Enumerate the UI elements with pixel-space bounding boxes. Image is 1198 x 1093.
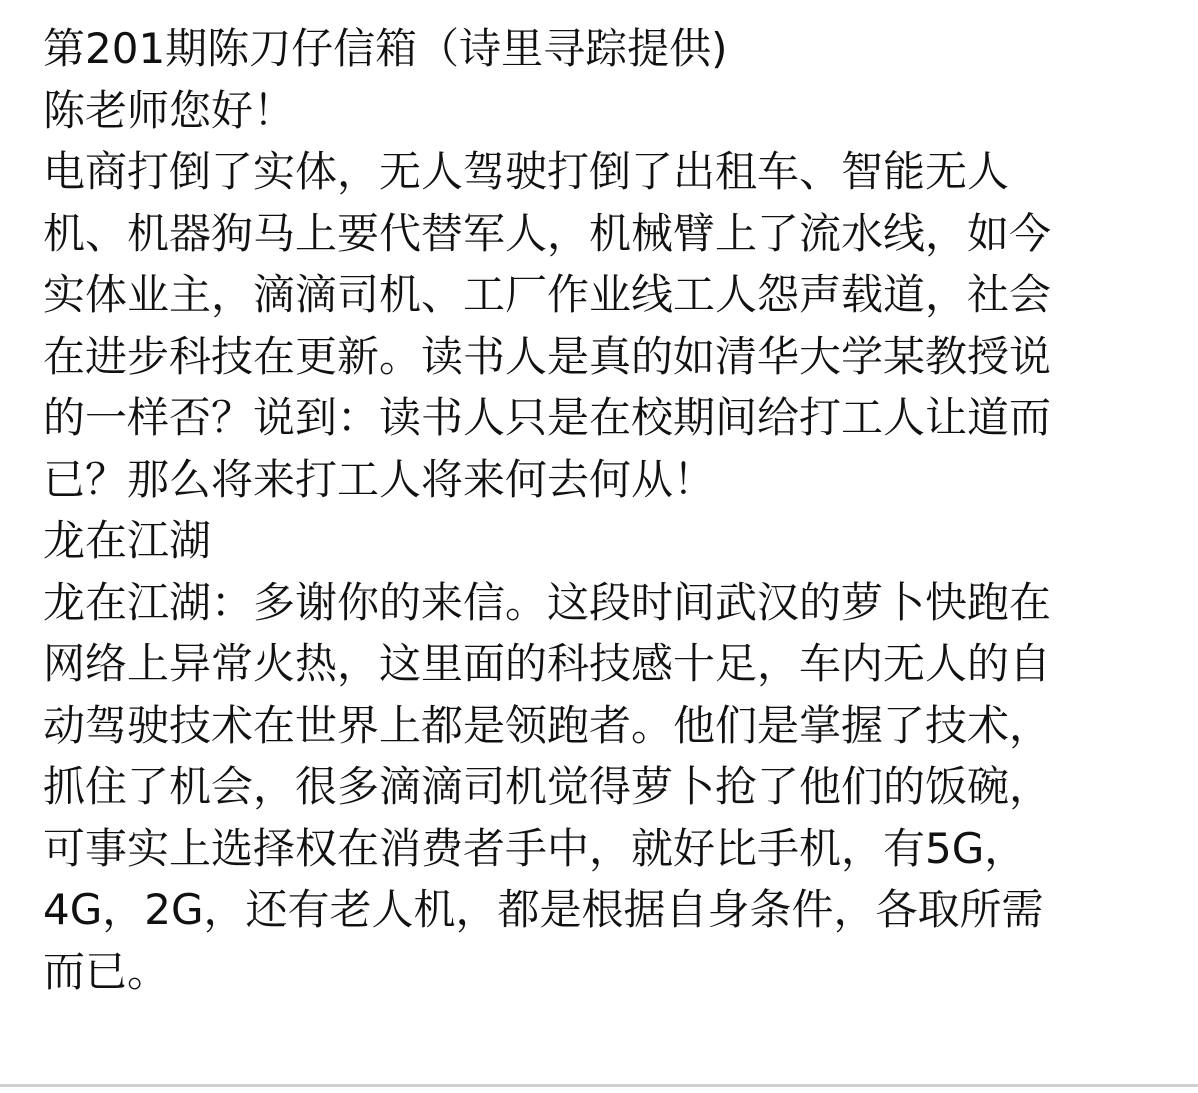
letter-document: 第201期陈刀仔信箱（诗里寻踪提供) 陈老师您好！ 电商打倒了实体，无人驾驶打倒…	[43, 18, 1163, 1002]
letter-line: 在进步科技在更新。读书人是真的如清华大学某教授说	[43, 326, 1163, 388]
reply-line: 4G，2G，还有老人机，都是根据自身条件，各取所需	[43, 879, 1163, 941]
letter-line: 已？那么将来打工人将来何去何从！	[43, 449, 1163, 511]
letter-line: 实体业主，滴滴司机、工厂作业线工人怨声载道，社会	[43, 264, 1163, 326]
reply-body: 龙在江湖：多谢你的来信。这段时间武汉的萝卜快跑在 网络上异常火热，这里面的科技感…	[43, 572, 1163, 1003]
signature: 龙在江湖	[43, 510, 1163, 572]
bottom-divider	[0, 1084, 1198, 1087]
reply-line: 动驾驶技术在世界上都是领跑者。他们是掌握了技术，	[43, 695, 1163, 757]
letter-body: 电商打倒了实体，无人驾驶打倒了出租车、智能无人 机、机器狗马上要代替军人，机械臂…	[43, 141, 1163, 510]
reply-line: 网络上异常火热，这里面的科技感十足，车内无人的自	[43, 633, 1163, 695]
reply-line: 龙在江湖：多谢你的来信。这段时间武汉的萝卜快跑在	[43, 572, 1163, 634]
reply-line: 而已。	[43, 941, 1163, 1003]
letter-line: 电商打倒了实体，无人驾驶打倒了出租车、智能无人	[43, 141, 1163, 203]
reply-line: 抓住了机会，很多滴滴司机觉得萝卜抢了他们的饭碗，	[43, 756, 1163, 818]
letter-line: 机、机器狗马上要代替军人，机械臂上了流水线，如今	[43, 203, 1163, 265]
greeting: 陈老师您好！	[43, 80, 1163, 142]
document-title: 第201期陈刀仔信箱（诗里寻踪提供)	[43, 18, 1163, 80]
letter-line: 的一样否？说到：读书人只是在校期间给打工人让道而	[43, 387, 1163, 449]
reply-line: 可事实上选择权在消费者手中，就好比手机，有5G，	[43, 818, 1163, 880]
